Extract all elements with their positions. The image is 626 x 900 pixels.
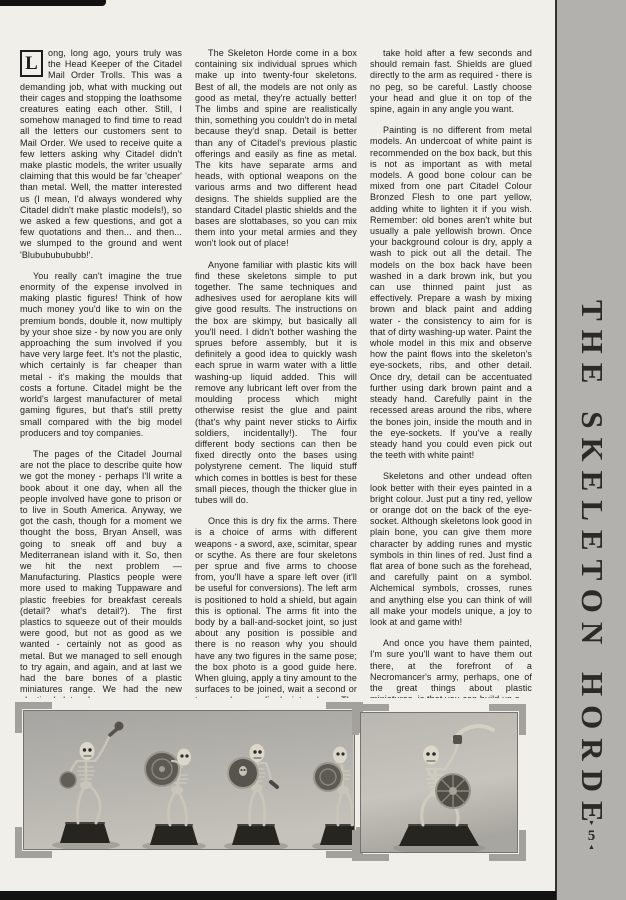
- paragraph: Once this is dry fix the arms. There is …: [195, 516, 357, 698]
- page-marker-down-icon: ▼: [557, 820, 626, 828]
- photo-image: [23, 710, 355, 850]
- page-number-block: ▼ 5 ▲: [557, 820, 626, 852]
- paragraph: The Skeleton Horde come in a box contain…: [195, 48, 357, 250]
- paragraph: Skeletons and other undead often look be…: [370, 471, 532, 628]
- paragraph-text: ong, long ago, yours truly was the Head …: [20, 48, 182, 260]
- photo-image: [360, 712, 518, 853]
- article-title-vertical: THE SKELETON HORDE: [574, 300, 610, 831]
- sidebar-band: THE SKELETON HORDE ▼ 5 ▲: [555, 0, 626, 900]
- paragraph: And once you have them painted, I'm sure…: [370, 638, 532, 698]
- paragraph: Painting is no different from metal mode…: [370, 125, 532, 461]
- paragraph: take hold after a few seconds and should…: [370, 48, 532, 115]
- column-3: take hold after a few seconds and should…: [370, 48, 532, 698]
- drop-cap: L: [20, 50, 43, 77]
- article-body: Long, long ago, yours truly was the Head…: [20, 48, 533, 698]
- skeleton-group-photo: [23, 710, 355, 850]
- magazine-page: Long, long ago, yours truly was the Head…: [0, 0, 626, 900]
- column-2: The Skeleton Horde come in a box contain…: [195, 48, 357, 698]
- paragraph: Long, long ago, yours truly was the Head…: [20, 48, 182, 261]
- page-edge-strip-top: [0, 0, 106, 6]
- paragraph: You really can't imagine the true enormi…: [20, 271, 182, 439]
- paragraph: Anyone familiar with plastic kits will f…: [195, 260, 357, 506]
- page-number: 5: [557, 828, 626, 844]
- column-1: Long, long ago, yours truly was the Head…: [20, 48, 182, 698]
- page-edge-strip-bottom: [0, 891, 556, 900]
- skeleton-single-photo: [360, 712, 518, 853]
- page-marker-up-icon: ▲: [557, 844, 626, 852]
- paragraph: The pages of the Citadel Journal are not…: [20, 449, 182, 698]
